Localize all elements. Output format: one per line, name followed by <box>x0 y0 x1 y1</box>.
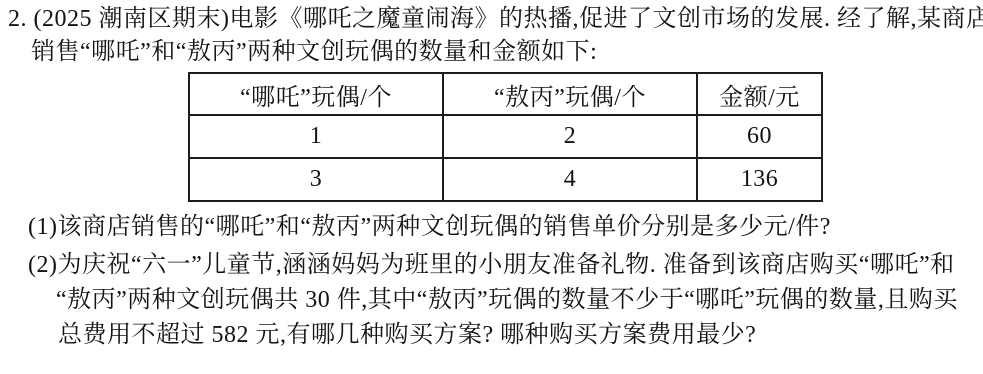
problem-statement-line2: 销售“哪吒”和“敖丙”两种文创玩偶的数量和金额如下: <box>31 37 597 67</box>
table-row: 1 2 60 <box>189 115 822 158</box>
question-2-line3: 总费用不超过 582 元,有哪几种购买方案? 哪种购买方案费用最少? <box>58 320 756 350</box>
question-2-line2: “敖丙”两种文创玩偶共 30 件,其中“敖丙”玩偶的数量不少于“哪吒”玩偶的数量… <box>56 285 958 315</box>
table-cell-nezha-qty: 1 <box>189 115 443 158</box>
table-cell-nezha-qty: 3 <box>189 158 443 201</box>
table-header-nezha: “哪吒”玩偶/个 <box>189 73 443 115</box>
table-header-aobing: “敖丙”玩偶/个 <box>443 73 697 115</box>
math-problem-page: 2. (2025 潮南区期末)电影《哪吒之魔童闹海》的热播,促进了文创市场的发展… <box>0 0 983 374</box>
table-row: 3 4 136 <box>189 158 822 201</box>
table-cell-aobing-qty: 4 <box>443 158 697 201</box>
question-1: (1)该商店销售的“哪吒”和“敖丙”两种文创玩偶的销售单价分别是多少元/件? <box>28 212 831 242</box>
price-quantity-table: “哪吒”玩偶/个 “敖丙”玩偶/个 金额/元 1 2 60 3 4 136 <box>188 72 823 202</box>
table-cell-amount: 136 <box>697 158 822 201</box>
table-header-amount: 金额/元 <box>697 73 822 115</box>
table-cell-amount: 60 <box>697 115 822 158</box>
table-header-row: “哪吒”玩偶/个 “敖丙”玩偶/个 金额/元 <box>189 73 822 115</box>
table-cell-aobing-qty: 2 <box>443 115 697 158</box>
question-2-line1: (2)为庆祝“六一”儿童节,涵涵妈妈为班里的小朋友准备礼物. 准备到该商店购买“… <box>28 250 955 280</box>
problem-statement-line1: 2. (2025 潮南区期末)电影《哪吒之魔童闹海》的热播,促进了文创市场的发展… <box>8 4 983 34</box>
